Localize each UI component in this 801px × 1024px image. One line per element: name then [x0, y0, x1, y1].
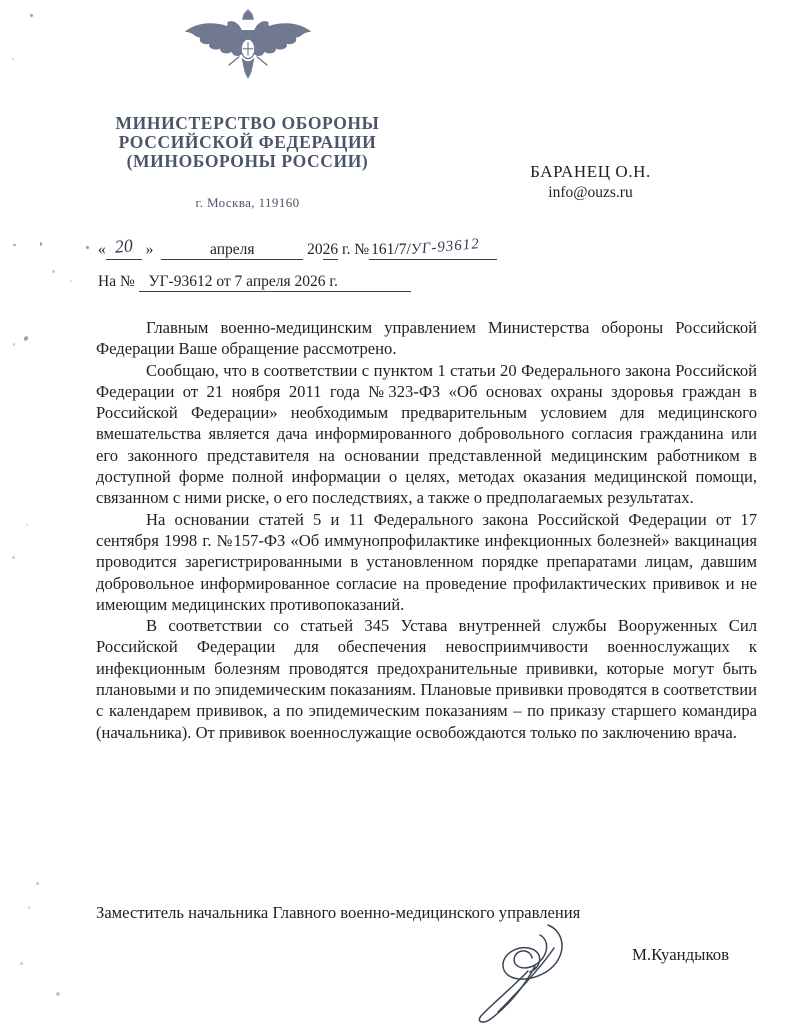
scan-speck	[70, 280, 72, 282]
org-address: г. Москва, 119160	[60, 195, 435, 211]
paragraph-3: На основании статей 5 и 11 Федерального …	[96, 509, 757, 615]
scanned-letter-page: МИНИСТЕРСТВО ОБОРОНЫ РОССИЙСКОЙ ФЕДЕРАЦИ…	[0, 0, 801, 1024]
reply-reference-value: УГ-93612 от 7 апреля 2026 г.	[139, 273, 411, 292]
day-blank: 20	[106, 238, 142, 260]
letter-body: Главным военно-медицинским управлением М…	[96, 317, 757, 743]
handwritten-signature-icon	[468, 922, 586, 1024]
date-number-line: «20 » апреля 2026 г. №161/7/УГ-93612	[98, 238, 558, 260]
scan-speck	[40, 242, 42, 246]
recipient-block: БАРАНЕЦ О.Н. info@ouzs.ru	[468, 162, 713, 202]
outgoing-number-blank: 161/7/УГ-93612	[369, 241, 497, 260]
scan-speck	[28, 906, 30, 909]
org-name-line1: МИНИСТЕРСТВО ОБОРОНЫ	[60, 114, 435, 133]
recipient-email: info@ouzs.ru	[468, 184, 713, 202]
org-name-line3: (МИНОБОРОНЫ РОССИИ)	[60, 152, 435, 171]
handwritten-outgoing-number: УГ-93612	[410, 236, 480, 259]
open-quote: «	[98, 241, 106, 258]
reference-block: «20 » апреля 2026 г. №161/7/УГ-93612 На …	[98, 238, 558, 292]
signatory-name: М.Куандыков	[632, 945, 729, 965]
paragraph-2: Сообщаю, что в соответствии с пунктом 1 …	[96, 360, 757, 509]
letterhead: МИНИСТЕРСТВО ОБОРОНЫ РОССИЙСКОЙ ФЕДЕРАЦИ…	[60, 8, 435, 211]
scan-speck	[36, 882, 39, 885]
scan-speck	[86, 246, 89, 249]
year-suffix: 26	[323, 241, 339, 260]
paragraph-1: Главным военно-медицинским управлением М…	[96, 317, 757, 360]
signatory-title: Заместитель начальника Главного военно-м…	[96, 903, 757, 923]
handwritten-day: 20	[113, 235, 133, 258]
scan-speck	[13, 244, 16, 246]
year-number-label: г. №	[342, 241, 369, 258]
scan-speck	[26, 524, 28, 526]
scan-speck	[13, 343, 15, 346]
year-prefix: 20	[307, 241, 323, 258]
scan-speck	[55, 991, 61, 997]
reply-reference-line: На № УГ-93612 от 7 апреля 2026 г.	[98, 273, 558, 292]
double-headed-eagle-emblem-icon	[184, 8, 312, 80]
outgoing-number-printed: 161/7/	[371, 241, 411, 258]
close-quote: »	[146, 241, 154, 258]
scan-speck	[12, 58, 14, 60]
month-blank: апреля	[161, 241, 303, 260]
scan-speck	[52, 270, 55, 273]
scan-speck	[20, 962, 23, 965]
scan-speck	[30, 14, 33, 17]
paragraph-4: В соответствии со статьей 345 Устава вну…	[96, 615, 757, 743]
org-name-line2: РОССИЙСКОЙ ФЕДЕРАЦИИ	[60, 133, 435, 152]
scan-speck	[12, 556, 15, 559]
scan-speck	[23, 335, 29, 341]
reply-label: На №	[98, 273, 135, 290]
recipient-name: БАРАНЕЦ О.Н.	[468, 162, 713, 182]
